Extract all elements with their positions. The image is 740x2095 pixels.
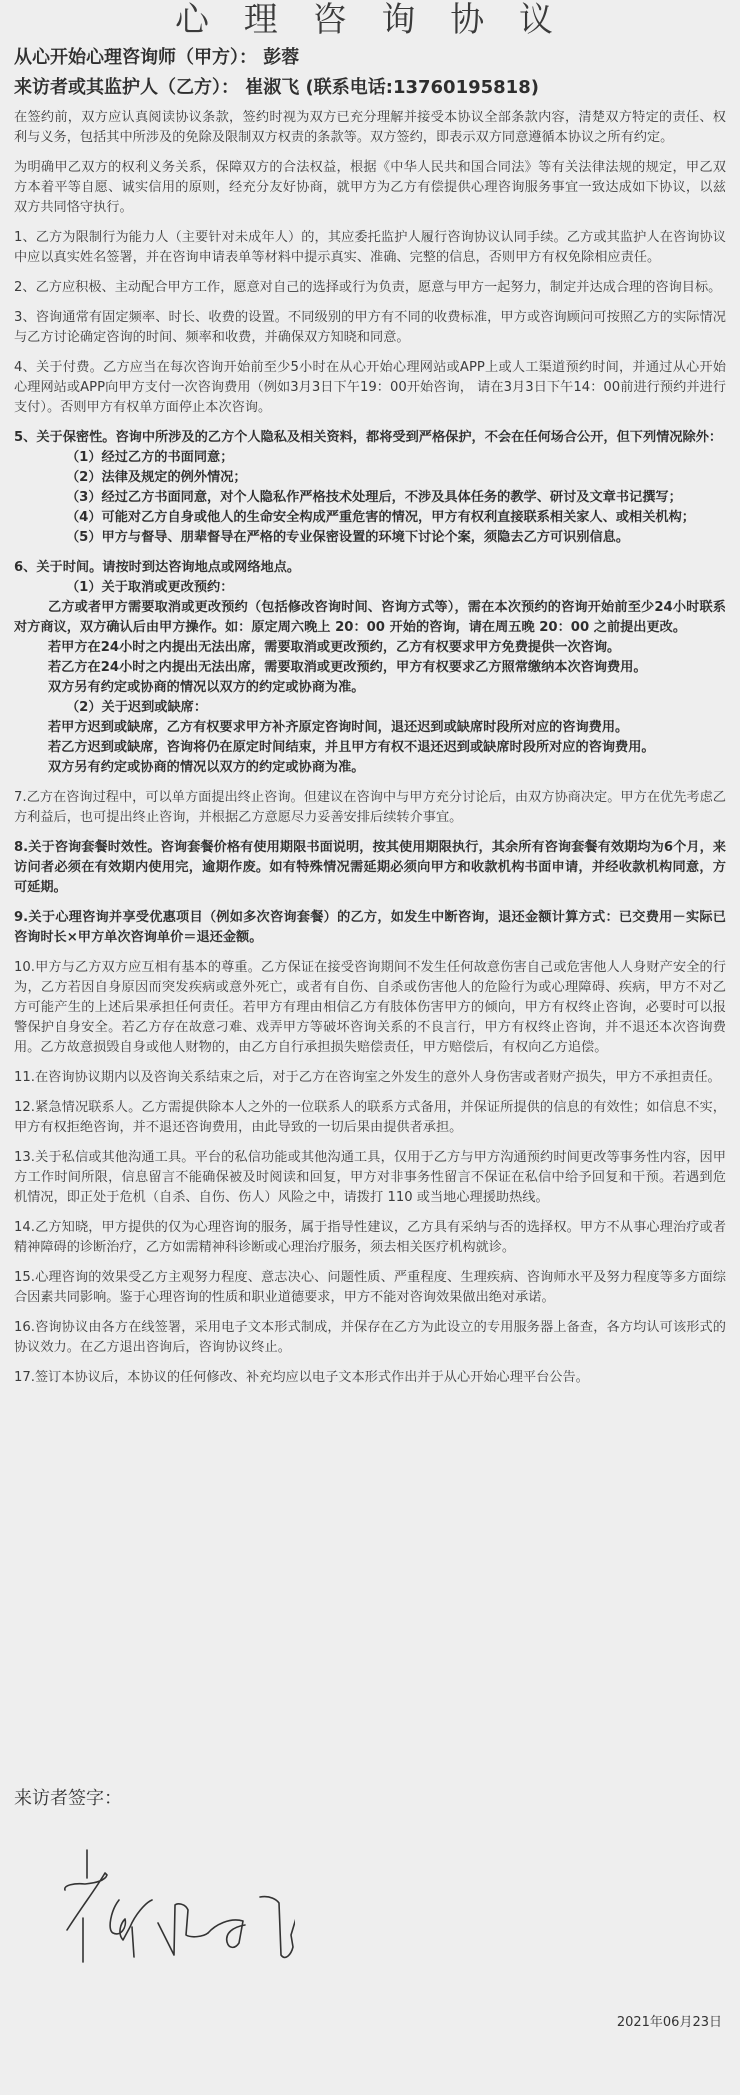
clause-6-sub1-line: 乙方或者甲方需要取消或更改预约（包括修改咨询时间、咨询方式等），需在本次预约的咨… (14, 598, 726, 638)
clause-13: 13.关于私信或其他沟通工具。平台的私信功能或其他沟通工具，仅用于乙方与甲方沟通… (14, 1148, 726, 1208)
clause-6-sub1-line: 若乙方在24小时之内提出无法出席，需要取消或更改预约，甲方有权要求乙方照常缴纳本… (14, 658, 726, 678)
clause-6-sub2-title: （2）关于迟到或缺席： (14, 698, 726, 718)
clause-5-item: （1）经过乙方的书面同意； (14, 448, 726, 468)
clause-9: 9.关于心理咨询并享受优惠项目（例如多次咨询套餐）的乙方，如发生中断咨询，退还金… (14, 908, 726, 948)
clause-16: 16.咨询协议由各方在线签署，采用电子文本形式制成，并保存在乙方为此设立的专用服… (14, 1318, 726, 1358)
clause-6-sub2-line: 若乙方迟到或缺席，咨询将仍在原定时间结束，并且甲方有权不退还迟到或缺席时段所对应… (14, 738, 726, 758)
clause-17: 17.签订本协议后，本协议的任何修改、补充均应以电子文本形式作出并于从心开始心理… (14, 1368, 726, 1388)
intro-paragraph: 在签约前，双方应认真阅读协议条款，签约时视为双方已充分理解并接受本协议全部条款内… (14, 108, 726, 148)
clause-11: 11.在咨询协议期内以及咨询关系结束之后，对于乙方在咨询室之外发生的意外人身伤害… (14, 1068, 726, 1088)
clause-15: 15.心理咨询的效果受乙方主观努力程度、意志决心、问题性质、严重程度、生理疾病、… (14, 1268, 726, 1308)
clause-5-item: （2）法律及规定的例外情况； (14, 468, 726, 488)
signing-date: 2021年06月23日 (617, 2013, 722, 2033)
clause-10: 10.甲方与乙方双方应互相有基本的尊重。乙方保证在接受咨询期间不发生任何故意伤害… (14, 958, 726, 1058)
clause-3: 3、咨询通常有固定频率、时长、收费的设置。不同级别的甲方有不同的收费标准，甲方或… (14, 308, 726, 348)
clause-5: 5、关于保密性。咨询中所涉及的乙方个人隐私及相关资料，都将受到严格保护，不会在任… (14, 428, 726, 548)
clause-6-sub2-line: 双方另有约定或协商的情况以双方的约定或协商为准。 (14, 758, 726, 778)
clause-6: 6、关于时间。请按时到达咨询地点或网络地点。 （1）关于取消或更改预约： 乙方或… (14, 558, 726, 778)
clause-6-heading: 6、关于时间。请按时到达咨询地点或网络地点。 (14, 558, 726, 578)
clause-6-sub2-line: 若甲方迟到或缺席，乙方有权要求甲方补齐原定咨询时间，退还迟到或缺席时段所对应的咨… (14, 718, 726, 738)
document-title: 心 理 咨 询 协 议 (0, 0, 740, 40)
clause-7: 7.乙方在咨询过程中，可以单方面提出终止咨询。但建议在咨询中与甲方充分讨论后，由… (14, 788, 726, 828)
clause-5-item: （3）经过乙方书面同意，对个人隐私作严格技术处理后，不涉及具体任务的教学、研讨及… (14, 488, 726, 508)
clause-6-sub1-title: （1）关于取消或更改预约： (14, 578, 726, 598)
clause-1: 1、乙方为限制行为能力人（主要针对未成年人）的，其应委托监护人履行咨询协议认同手… (14, 228, 726, 268)
clause-14: 14.乙方知晓，甲方提供的仅为心理咨询的服务，属于指导性建议，乙方具有采纳与否的… (14, 1218, 726, 1258)
agreement-page: 心 理 咨 询 协 议 从心开始心理咨询师（甲方）： 彭蓉 来访者或其监护人（乙… (0, 0, 740, 2095)
clause-2: 2、乙方应积极、主动配合甲方工作，愿意对自己的选择或行为负责，愿意与甲方一起努力… (14, 278, 726, 298)
clause-5-item: （4）可能对乙方自身或他人的生命安全构成严重危害的情况，甲方有权利直接联系相关家… (14, 508, 726, 528)
clause-5-item: （5）甲方与督导、朋辈督导在严格的专业保密设置的环境下讨论个案，须隐去乙方可识别… (14, 528, 726, 548)
handwritten-signature (55, 1845, 295, 1965)
party-a-line: 从心开始心理咨询师（甲方）： 彭蓉 (14, 46, 299, 70)
party-b-line: 来访者或其监护人（乙方）： 崔淑飞 (联系电话:13760195818) (14, 76, 539, 100)
clause-6-sub1-line: 双方另有约定或协商的情况以双方的约定或协商为准。 (14, 678, 726, 698)
agreement-body: 在签约前，双方应认真阅读协议条款，签约时视为双方已充分理解并接受本协议全部条款内… (14, 108, 726, 1398)
clause-4: 4、关于付费。乙方应当在每次咨询开始前至少5小时在从心开始心理网站或APP上或人… (14, 358, 726, 418)
clause-12: 12.紧急情况联系人。乙方需提供除本人之外的一位联系人的联系方式备用，并保证所提… (14, 1098, 726, 1138)
clause-8: 8.关于咨询套餐时效性。咨询套餐价格有使用期限书面说明，按其使用期限执行，其余所… (14, 838, 726, 898)
clause-6-sub1-line: 若甲方在24小时之内提出无法出席，需要取消或更改预约，乙方有权要求甲方免费提供一… (14, 638, 726, 658)
preamble-paragraph: 为明确甲乙双方的权利义务关系，保障双方的合法权益，根据《中华人民共和国合同法》等… (14, 158, 726, 218)
clause-5-heading: 5、关于保密性。咨询中所涉及的乙方个人隐私及相关资料，都将受到严格保护，不会在任… (14, 428, 726, 448)
signature-label: 来访者签字： (14, 1787, 122, 1811)
